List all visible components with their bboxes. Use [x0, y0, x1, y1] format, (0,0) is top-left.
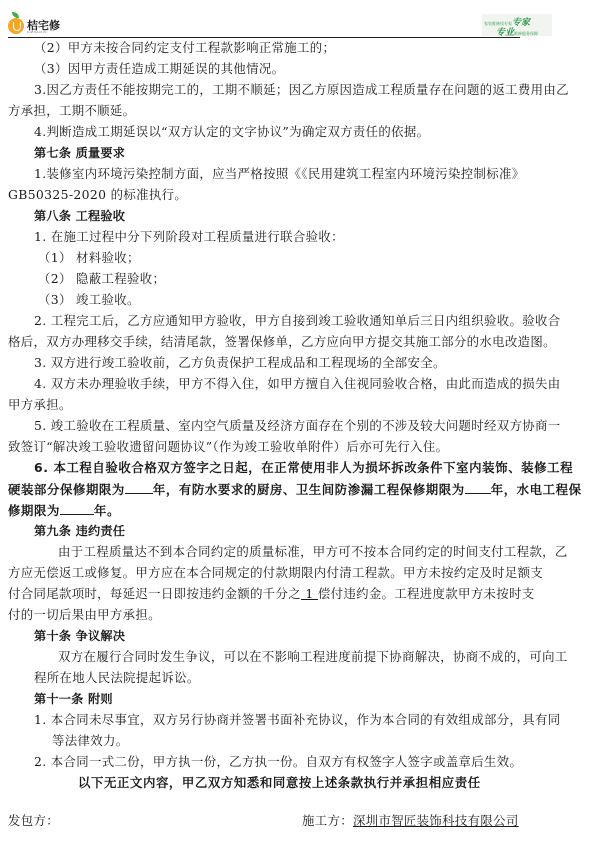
party-b-name: 深圳市智匠装饰科技有限公司	[353, 813, 519, 828]
article-heading: 第十一条 附则	[34, 690, 113, 708]
clause-text: 2. 工程完工后，乙方应通知甲方验收，甲方自接到竣工验收通知单后三日内组织验收。…	[34, 312, 560, 330]
slogan-logo: 家装维修找专家专家 专业维修服务保障	[482, 14, 552, 36]
warranty-clause: 硬装部分保修期限为年，有防水要求的厨房、卫生间防渗漏工程保修期限为年，水电工程保	[8, 480, 582, 499]
article-heading: 第七条 质量要求	[34, 144, 125, 162]
wrench-orange-icon	[8, 18, 24, 34]
clause-text: 程所在地人民法院提起诉讼。	[34, 669, 200, 687]
clause-text: 方应无偿返工或修复。甲方应在本合同规定的付款期限内付清工程款。甲方未按约定及时足…	[8, 564, 543, 582]
clause-text: 3. 双方进行竣工验收前，乙方负责保护工程成品和工程现场的全部安全。	[34, 354, 446, 372]
clause-text: 3.因乙方责任不能按期完工的，工期不顺延；因乙方原因造成工程质量存在问题的返工费…	[34, 81, 569, 99]
clause-text: 付合同尾款项时，每延迟一日即按违约金额的千分之 1 偿付违约金。工程进度款甲方未…	[8, 585, 534, 603]
party-a-label: 发包方：	[8, 812, 59, 830]
clause-text: 4.判断造成工期延误以“双方认定的文字协议”为确定双方责任的依据。	[34, 123, 429, 141]
clause-text: 2. 本合同一式二份，甲方执一份，乙方执一份。自双方有权签字人签字或盖章后生效。	[34, 753, 522, 771]
clause-text: 致签订“解决竣工验收遗留问题协议”（作为竣工验收单附件）后亦可先行入住。	[8, 438, 448, 456]
warranty-clause: 修期限为年。	[8, 501, 120, 520]
clause-text: 1. 本合同未尽事宜，双方另行协商并签署书面补充协议，作为本合同的有效组成部分，…	[34, 711, 560, 729]
article-heading: 第八条 工程验收	[34, 207, 125, 225]
waterproof-warranty-years-field[interactable]	[465, 480, 491, 494]
clause-text: 5. 竣工验收在工程质量、室内空气质量及经济方面存在个别的不涉及较大问题时经双方…	[34, 417, 560, 435]
header-divider	[8, 37, 452, 38]
clause-text: 由于工程质量达不到本合同约定的质量标准，甲方可不按本合同约定的时间支付工程款，乙	[58, 543, 568, 561]
clause-text: 甲方承担。	[8, 396, 72, 414]
closing-statement: 以下无正文内容，甲乙双方知悉和同意按上述条款执行并承担相应责任	[78, 774, 481, 792]
clause-text: 4. 双方未办理验收手续，甲方不得入住，如甲方擅自入住视同验收合格，由此而造成的…	[34, 375, 560, 393]
warranty-clause: 6. 本工程自验收合格双方签字之日起，在正常使用非人为损坏拆改条件下室内装饰、装…	[34, 459, 573, 477]
article-heading: 第十条 争议解决	[34, 627, 125, 645]
clause-text: 1.装修室内环境污染控制方面，应当严格按照《《民用建筑工程室内环境污染控制标准》	[34, 165, 524, 183]
brand-logo: 桔宅修 JUZHAIXIU	[8, 12, 78, 36]
list-item: （2） 隐蔽工程验收；	[38, 270, 165, 288]
brand-subtitle: JUZHAIXIU	[27, 30, 47, 34]
plumbing-warranty-years-field[interactable]	[60, 501, 94, 515]
hard-warranty-years-field[interactable]	[125, 480, 153, 494]
header-divider-right	[452, 37, 520, 38]
clause-text: 格后，双方办理移交手续，结清尾款，签署保修单，乙方应向甲方提交其施工部分的水电改…	[8, 333, 556, 351]
clause-text: 等法律效力。	[52, 732, 128, 750]
clause-text: GB50325-2020 的标准执行。	[8, 186, 187, 204]
article-heading: 第九条 违约责任	[34, 522, 125, 540]
clause-text: 双方在履行合同时发生争议，可以在不影响工程进度前提下协商解决，协商不成的，可向工	[58, 648, 568, 666]
clause-text: 付的一切后果由甲方承担。	[8, 606, 161, 624]
clause-text: （3）因甲方责任造成工期延误的其他情况。	[34, 60, 284, 78]
list-item: （3） 竣工验收。	[38, 291, 140, 309]
page-header: 桔宅修 JUZHAIXIU 家装维修找专家专家 专业维修服务保障	[0, 0, 598, 40]
clause-text: （2）甲方未按合同约定支付工程款影响正常施工的；	[34, 39, 335, 57]
clause-text: 1. 在施工过程中分下列阶段对工程质量进行联合验收：	[34, 228, 344, 246]
clause-text: 方承担，工期不顺延。	[8, 102, 135, 120]
list-item: （1） 材料验收；	[38, 249, 140, 267]
party-b-label: 施工方：深圳市智匠装饰科技有限公司	[302, 812, 519, 830]
penalty-rate-value: 1	[301, 586, 318, 601]
